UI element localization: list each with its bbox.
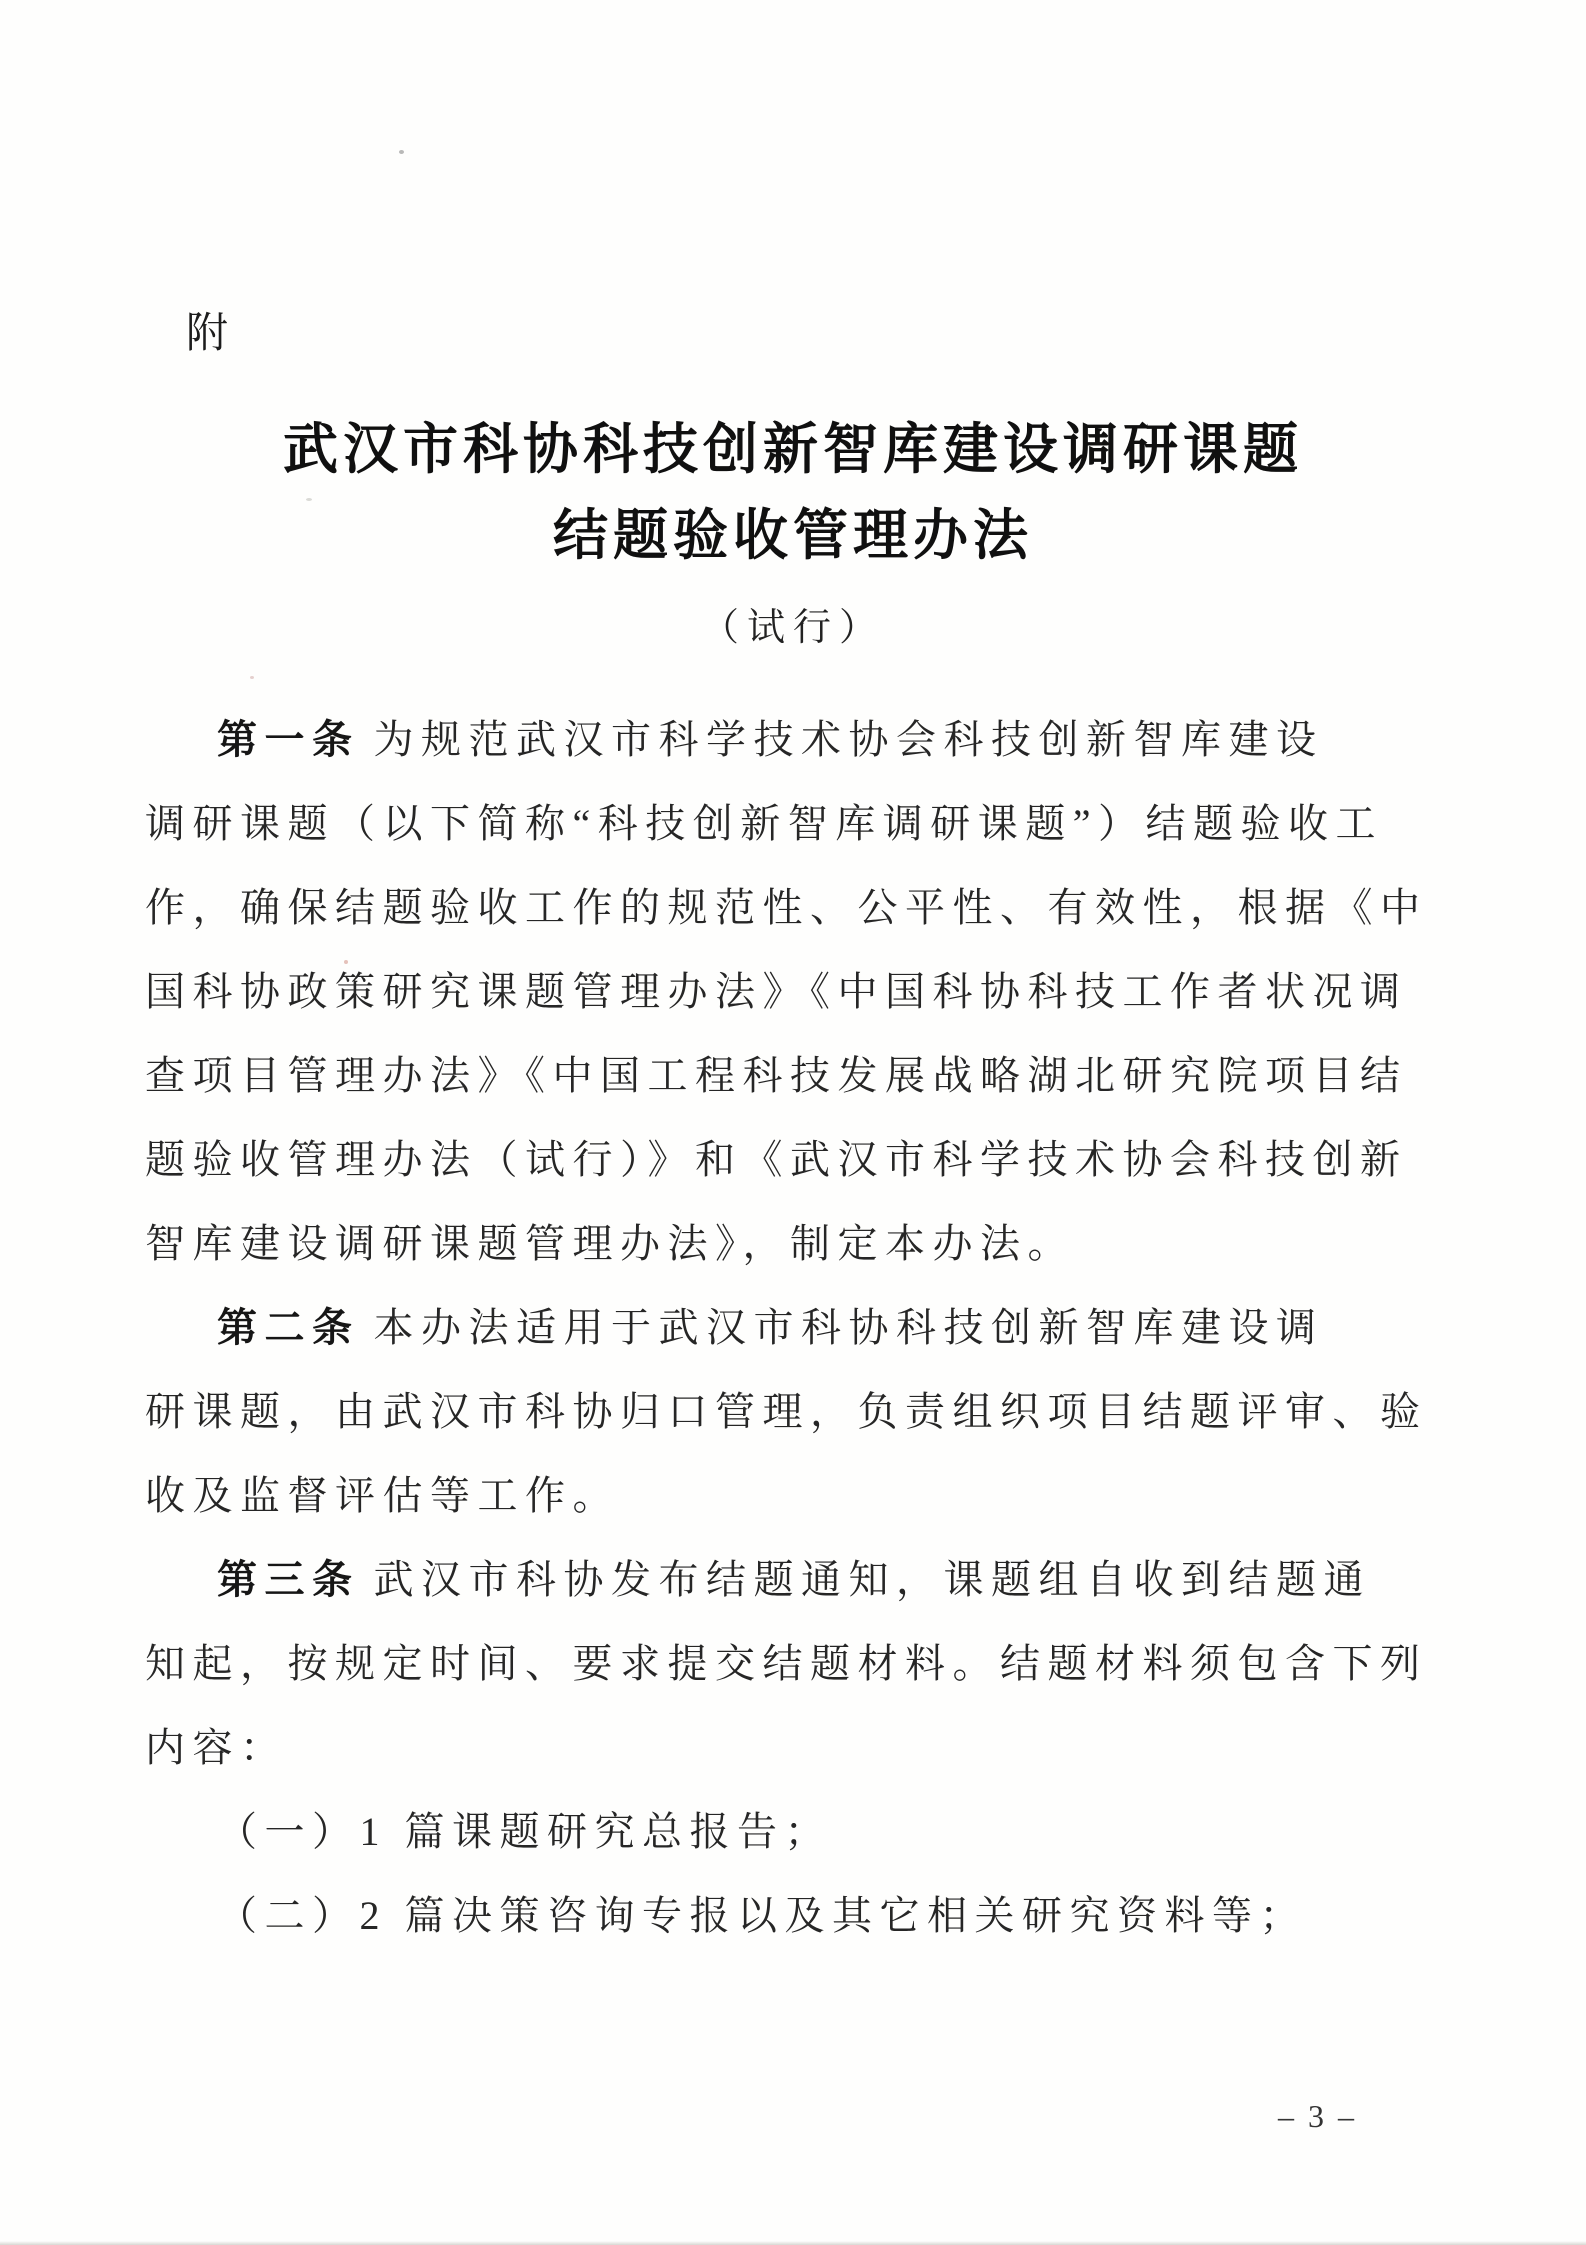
line-text: 国科协政策研究课题管理办法》《中国科协科技工作者状况调	[145, 969, 1408, 1014]
line-text: 为规范武汉市科学技术协会科技创新智库建设	[374, 717, 1324, 762]
body-line-2: 调研课题（以下简称“科技创新智库调研课题”）结题验收工	[145, 782, 1451, 866]
line-text: （一）1 篇课题研究总报告；	[217, 1809, 832, 1854]
scan-speck	[306, 498, 312, 501]
subtitle-trial: （试行）	[0, 596, 1586, 651]
body-line-13: 内容：	[145, 1706, 1451, 1790]
line-text: 题验收管理办法（试行）》和《武汉市科学技术协会科技创新	[145, 1137, 1408, 1182]
line-text: 收及监督评估等工作。	[145, 1473, 620, 1518]
article-number-3: 第三条	[217, 1557, 360, 1602]
document-body: 第一条为规范武汉市科学技术协会科技创新智库建设 调研课题（以下简称“科技创新智库…	[145, 698, 1451, 1958]
scan-speck	[344, 960, 348, 964]
body-line-9: 研课题，由武汉市科协归口管理，负责组织项目结题评审、验	[145, 1370, 1451, 1454]
article-number-2: 第二条	[217, 1305, 360, 1350]
line-text: 研课题，由武汉市科协归口管理，负责组织项目结题评审、验	[145, 1389, 1428, 1434]
body-line-6: 题验收管理办法（试行）》和《武汉市科学技术协会科技创新	[145, 1118, 1451, 1202]
line-text: 智库建设调研课题管理办法》，制定本办法。	[145, 1221, 1075, 1266]
body-line-4: 国科协政策研究课题管理办法》《中国科协科技工作者状况调	[145, 950, 1451, 1034]
article-number-1: 第一条	[217, 717, 360, 762]
scan-bottom-edge	[0, 2241, 1586, 2245]
body-line-8: 第二条本办法适用于武汉市科协科技创新智库建设调	[145, 1286, 1451, 1370]
body-line-14: （一）1 篇课题研究总报告；	[145, 1790, 1451, 1874]
body-line-3: 作，确保结题验收工作的规范性、公平性、有效性，根据《中	[145, 866, 1451, 950]
body-line-11: 第三条武汉市科协发布结题通知，课题组自收到结题通	[145, 1538, 1451, 1622]
document-title: 武汉市科协科技创新智库建设调研课题 结题验收管理办法	[0, 406, 1586, 578]
body-line-7: 智库建设调研课题管理办法》，制定本办法。	[145, 1202, 1451, 1286]
body-line-1: 第一条为规范武汉市科学技术协会科技创新智库建设	[145, 698, 1451, 782]
scan-speck	[250, 676, 254, 679]
line-text: 武汉市科协发布结题通知，课题组自收到结题通	[374, 1557, 1372, 1602]
page-number: – 3 –	[1278, 2098, 1357, 2135]
line-text: 本办法适用于武汉市科协科技创新智库建设调	[374, 1305, 1324, 1350]
line-text: 调研课题（以下简称“科技创新智库调研课题”）结题验收工	[145, 801, 1383, 846]
line-text: （二）2 篇决策咨询专报以及其它相关研究资料等；	[217, 1893, 1307, 1938]
attachment-label: 附	[186, 300, 228, 360]
body-line-15: （二）2 篇决策咨询专报以及其它相关研究资料等；	[145, 1874, 1451, 1958]
body-line-10: 收及监督评估等工作。	[145, 1454, 1451, 1538]
body-line-5: 查项目管理办法》《中国工程科技发展战略湖北研究院项目结	[145, 1034, 1451, 1118]
title-line-2: 结题验收管理办法	[0, 492, 1586, 578]
line-text: 作，确保结题验收工作的规范性、公平性、有效性，根据《中	[145, 885, 1428, 930]
title-line-1: 武汉市科协科技创新智库建设调研课题	[0, 406, 1586, 492]
body-line-12: 知起，按规定时间、要求提交结题材料。结题材料须包含下列	[145, 1622, 1451, 1706]
document-page: 附 武汉市科协科技创新智库建设调研课题 结题验收管理办法 （试行） 第一条为规范…	[0, 0, 1586, 2245]
line-text: 查项目管理办法》《中国工程科技发展战略湖北研究院项目结	[145, 1053, 1408, 1098]
scan-speck	[399, 150, 404, 154]
line-text: 知起，按规定时间、要求提交结题材料。结题材料须包含下列	[145, 1641, 1428, 1686]
line-text: 内容：	[145, 1725, 288, 1770]
